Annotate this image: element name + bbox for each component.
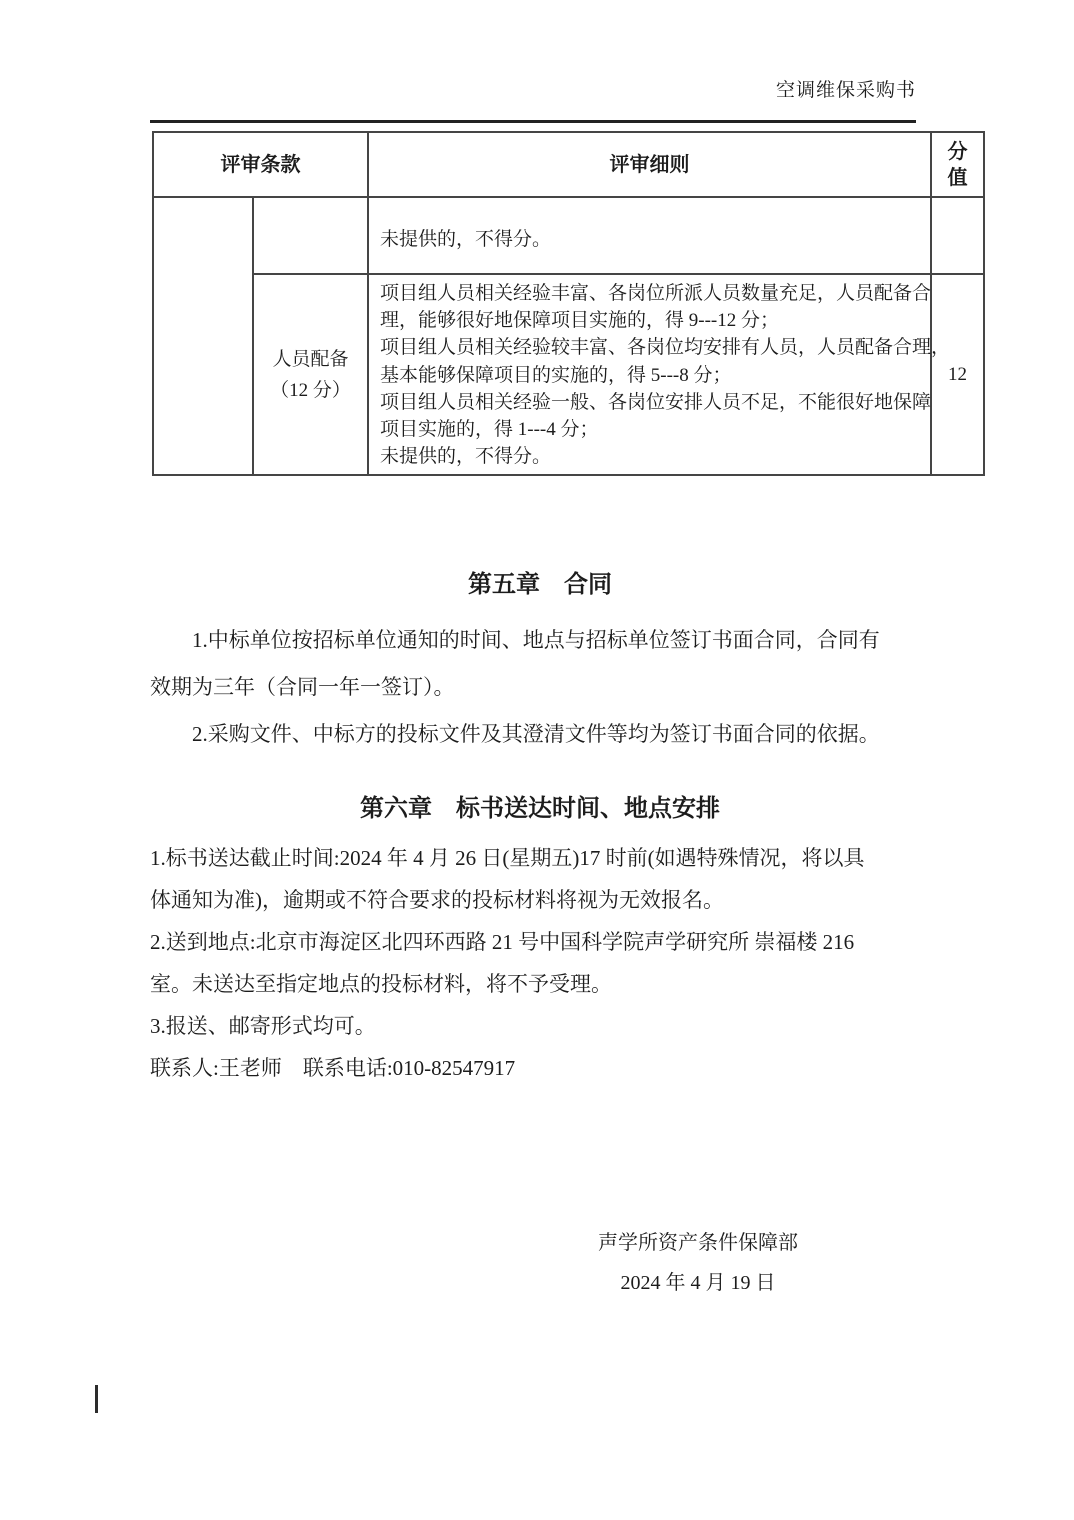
term-cell-personnel: 人员配备 （12 分） (253, 274, 368, 475)
document-page: 空调维保采购书 评审条款 评审细则 分 值 (0, 0, 1074, 1520)
chapter6-body: 1.标书送达截止时间:2024 年 4 月 26 日(星期五)17 时前(如遇特… (150, 837, 940, 1089)
paragraph-line: 1.标书送达截止时间:2024 年 4 月 26 日(星期五)17 时前(如遇特… (150, 837, 940, 879)
signature-date: 2024 年 4 月 19 日 (413, 1271, 983, 1295)
header-divider-rule (150, 120, 916, 123)
rules-line: 项目组人员相关经验较丰富、各岗位均安排有人员，人员配备合理， (380, 334, 922, 361)
rules-continuation-line: 未提供的，不得分。 (369, 218, 930, 253)
signature-block: 声学所资产条件保障部 2024 年 4 月 19 日 (413, 1231, 983, 1295)
rules-cell: 项目组人员相关经验丰富、各岗位所派人员数量充足，人员配备合 理，能够很好地保障项… (368, 274, 931, 475)
rules-line: 理，能够很好地保障项目实施的，得 9---12 分； (380, 307, 922, 334)
table-row: 人员配备 （12 分） 项目组人员相关经验丰富、各岗位所派人员数量充足，人员配备… (153, 274, 984, 475)
paragraph-line: 1.中标单位按招标单位通知的时间、地点与招标单位签订书面合同，合同有 (150, 617, 934, 664)
paragraph-line: 2.采购文件、中标方的投标文件及其澄清文件等均为签订书面合同的依据。 (150, 711, 934, 758)
term-cell-empty (253, 197, 368, 274)
header-cell-score: 分 值 (931, 132, 984, 197)
term-line-2: （12 分） (254, 375, 367, 406)
rules-line: 基本能够保障项目的实施的，得 5---8 分； (380, 362, 922, 389)
text-cursor-bar (95, 1385, 98, 1413)
header-cell-review-rules: 评审细则 (368, 132, 931, 197)
rules-line: 项目实施的，得 1---4 分； (380, 416, 922, 443)
contact-line: 联系人:王老师 联系电话:010-82547917 (150, 1047, 940, 1089)
rules-line: 项目组人员相关经验一般、各岗位安排人员不足，不能很好地保障 (380, 389, 922, 416)
review-rules-label: 评审细则 (369, 152, 930, 178)
score-label-char1: 分 (932, 139, 983, 165)
evaluation-table: 评审条款 评审细则 分 值 未提供的，不得分。 (152, 131, 985, 476)
term-line-1: 人员配备 (254, 344, 367, 375)
chapter6-heading: 第六章 标书送达时间、地点安排 (150, 795, 930, 823)
rules-cell: 未提供的，不得分。 (368, 197, 931, 274)
category-cell-empty (153, 197, 253, 475)
chapter5-heading: 第五章 合同 (150, 571, 930, 599)
paragraph-line: 3.报送、邮寄形式均可。 (150, 1005, 940, 1047)
paragraph-line: 体通知为准)，逾期或不符合要求的投标材料将视为无效报名。 (150, 879, 940, 921)
paragraph-line: 效期为三年（合同一年一签订）。 (150, 664, 934, 711)
score-cell-empty (931, 197, 984, 274)
chapter5-body: 1.中标单位按招标单位通知的时间、地点与招标单位签订书面合同，合同有 效期为三年… (150, 617, 934, 758)
rules-line: 项目组人员相关经验丰富、各岗位所派人员数量充足，人员配备合 (380, 280, 922, 307)
document-header-title: 空调维保采购书 (776, 75, 916, 102)
table-header-row: 评审条款 评审细则 分 值 (153, 132, 984, 197)
score-cell: 12 (931, 274, 984, 475)
rules-line: 未提供的，不得分。 (380, 443, 922, 470)
header-cell-review-terms: 评审条款 (153, 132, 368, 197)
signature-department: 声学所资产条件保障部 (413, 1231, 983, 1255)
paragraph-line: 2.送到地点:北京市海淀区北四环西路 21 号中国科学院声学研究所 崇福楼 21… (150, 921, 940, 963)
score-value: 12 (932, 364, 983, 386)
paragraph-line: 室。未送达至指定地点的投标材料，将不予受理。 (150, 963, 940, 1005)
review-terms-label: 评审条款 (154, 152, 367, 178)
score-label-char2: 值 (932, 165, 983, 191)
table-row: 未提供的，不得分。 (153, 197, 984, 274)
